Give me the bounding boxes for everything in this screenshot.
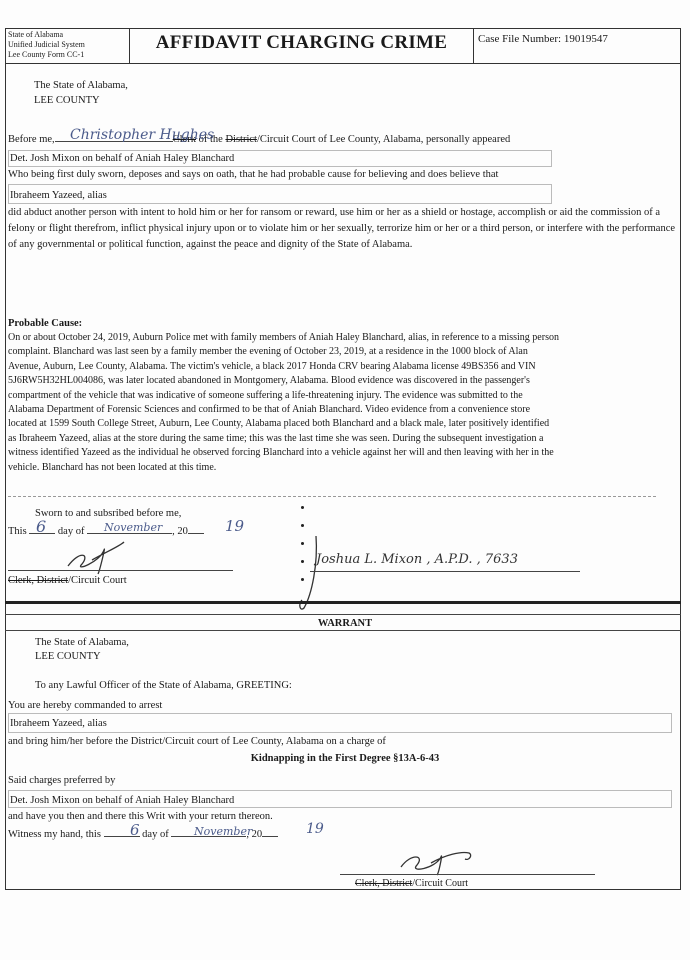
clerk-signature: Christopher Hughes <box>70 127 214 143</box>
warrant-clerk-title: Clerk, District/Circuit Court <box>355 877 468 890</box>
affiant-name: Det. Josh Mixon on behalf of Aniah Haley… <box>10 152 234 165</box>
case-file-number: Case File Number: 19019547 <box>473 28 679 63</box>
probable-cause-label: Probable Cause: <box>8 317 82 330</box>
pc-line: On or about October 24, 2019, Auburn Pol… <box>8 331 680 345</box>
warrant-bring-text: and bring him/her before the District/Ci… <box>8 735 386 748</box>
pc-line: 5J6RW5H32HL004086, was later located aba… <box>8 374 680 388</box>
divider <box>8 496 656 497</box>
form-identifier: State of Alabama Unified Judicial System… <box>5 28 130 63</box>
warrant-defendant-field <box>8 713 672 733</box>
warrant-title-top <box>5 614 681 615</box>
pc-line: Avenue, Auburn, Lee County, Alabama. The… <box>8 360 680 374</box>
pc-line: vehicle. Blanchard has not been located … <box>8 461 680 475</box>
warrant-preferred-by: Said charges preferred by <box>8 774 115 787</box>
section-divider <box>5 601 681 604</box>
warrant-command: You are hereby commanded to arrest <box>8 699 162 712</box>
pc-line: compartment of the vehicle that was indi… <box>8 389 680 403</box>
clerk-rest: /Circuit Court <box>412 878 468 889</box>
sworn-text: Sworn to and subsribed before me, <box>35 507 181 520</box>
case-file-label: Case File Number: <box>478 33 561 45</box>
county-heading: LEE COUNTY <box>34 94 100 107</box>
pc-line: complaint. Blanchard was last seen by a … <box>8 345 680 359</box>
state-label: State of Alabama <box>8 30 126 40</box>
warrant-clerk-signature-mark <box>395 845 475 877</box>
this-label: This <box>8 526 27 537</box>
before-me-label: Before me, <box>8 134 55 145</box>
day-of-label: day of <box>142 829 169 840</box>
warrant-charge: Kidnapping in the First Degree §13A-6-43 <box>0 752 690 765</box>
system-label: Unified Judicial System <box>8 40 126 50</box>
warrant-year: 19 <box>306 821 324 837</box>
defendant-name: Ibraheem Yazeed, alias <box>10 189 107 202</box>
warrant-day: 6 <box>130 821 140 839</box>
pc-line: as Ibraheem Yazeed, alias at the store d… <box>8 432 680 446</box>
day-of-label: day of <box>58 526 85 537</box>
probable-cause-text: On or about October 24, 2019, Auburn Pol… <box>8 331 680 475</box>
clerk-struck: Clerk, District <box>8 575 68 586</box>
oath-text: Who being first duly sworn, deposes and … <box>8 168 498 181</box>
charge-description: did abduct another person with intent to… <box>8 205 680 253</box>
pc-line: Alabama Department of Forensic Sciences … <box>8 403 680 417</box>
clerk-signature-line <box>8 570 233 571</box>
warrant-title: WARRANT <box>0 617 690 630</box>
pc-line: witness identified Yazeed as the individ… <box>8 446 680 460</box>
sworn-clerk-title: Clerk, District/Circuit Court <box>8 574 127 587</box>
bullet <box>301 524 304 527</box>
warrant-county: LEE COUNTY <box>35 650 101 663</box>
warrant-title-divider <box>5 630 681 631</box>
clerk-struck: Clerk, District <box>355 878 412 889</box>
year-prefix: , 20 <box>172 526 188 537</box>
warrant-signature-line <box>340 874 595 875</box>
pc-line: located at 1599 South College Street, Au… <box>8 417 680 431</box>
case-file-value: 19019547 <box>564 33 608 45</box>
warrant-defendant: Ibraheem Yazeed, alias <box>10 717 107 730</box>
bullet <box>301 506 304 509</box>
district-struck: District <box>225 134 257 145</box>
affiant-signature-line <box>310 571 580 572</box>
sworn-month: November <box>104 521 162 534</box>
clerk-rest: /Circuit Court <box>68 575 127 586</box>
document-title: AFFIDAVIT CHARGING CRIME <box>130 28 473 63</box>
warrant-state: The State of Alabama, <box>35 636 129 649</box>
warrant-month: November <box>194 825 252 838</box>
sworn-day: 6 <box>36 517 46 536</box>
affiant-signature: Joshua L. Mixon , A.P.D. , 7633 <box>316 552 518 567</box>
witness-label: Witness my hand, this <box>8 829 101 840</box>
court-text: /Circuit Court of Lee County, Alabama, p… <box>257 134 510 145</box>
warrant-complainant: Det. Josh Mixon on behalf of Aniah Haley… <box>10 794 234 807</box>
sworn-year: 19 <box>225 517 244 535</box>
warrant-writ-text: and have you then and there this Writ wi… <box>8 810 273 823</box>
form-number-label: Lee County Form CC-1 <box>8 50 126 60</box>
state-heading: The State of Alabama, <box>34 79 128 92</box>
warrant-greeting: To any Lawful Officer of the State of Al… <box>35 679 292 692</box>
form-header: State of Alabama Unified Judicial System… <box>5 28 681 64</box>
